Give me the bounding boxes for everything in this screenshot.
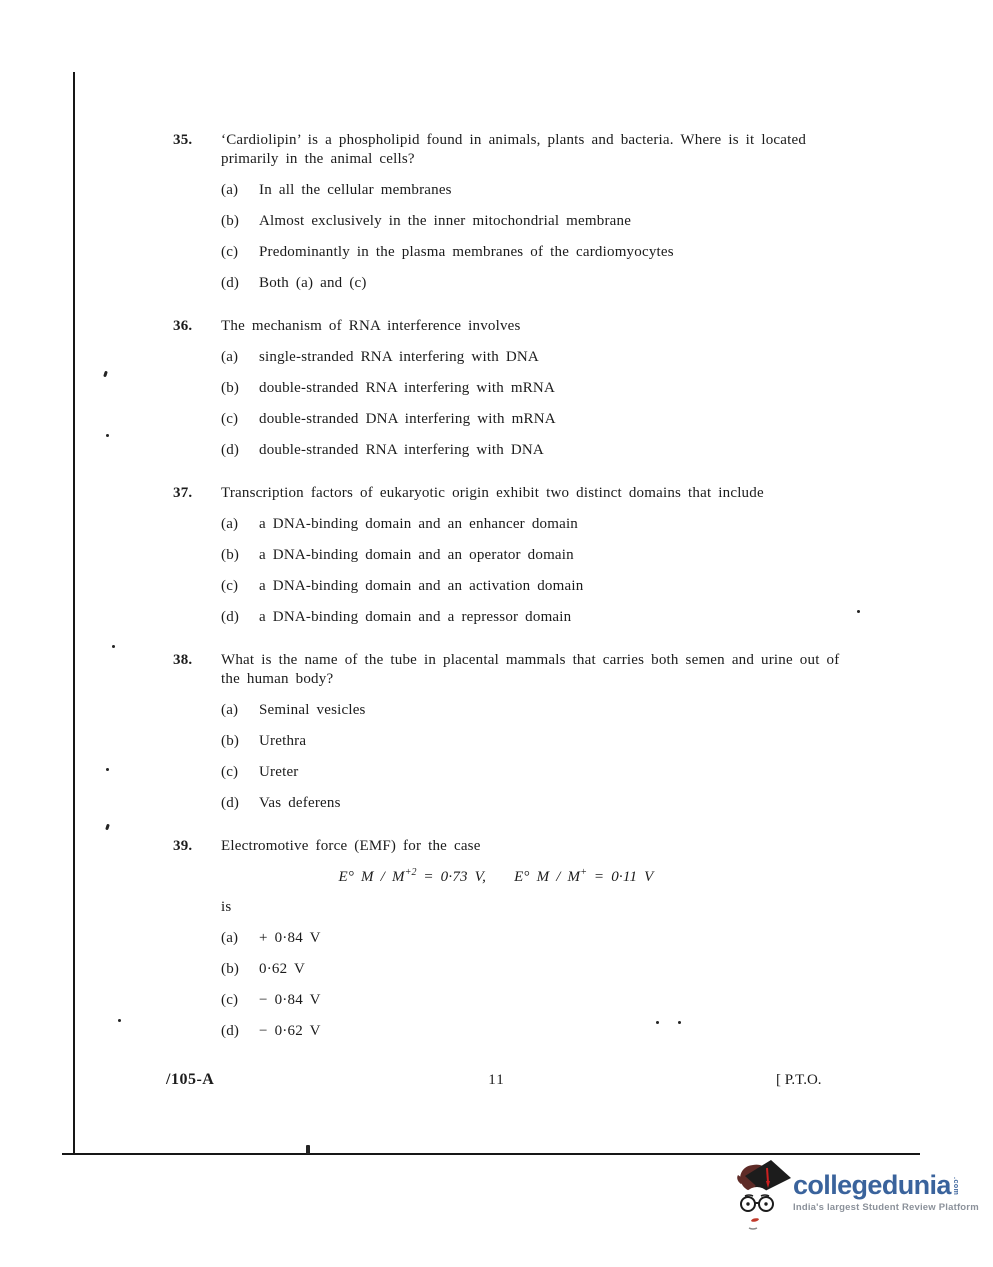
option-letter: (d): [221, 274, 259, 293]
option-text: Almost exclusively in the inner mitochon…: [259, 212, 851, 231]
option-text: Seminal vesicles: [259, 701, 851, 720]
question-36: 36. The mechanism of RNA interference in…: [173, 317, 851, 460]
option-letter: (b): [221, 546, 259, 565]
option-c: (c) Ureter: [221, 763, 851, 782]
option-letter: (c): [221, 577, 259, 596]
option-text: a DNA-binding domain and a repressor dom…: [259, 608, 851, 627]
question-number: 35.: [173, 131, 221, 169]
option-a: (a) In all the cellular membranes: [221, 181, 851, 200]
brand-tagline: India's largest Student Review Platform: [793, 1202, 979, 1213]
option-text: a DNA-binding domain and an operator dom…: [259, 546, 851, 565]
question-number: 38.: [173, 651, 221, 689]
scanned-exam-page: 35. ‘Cardiolipin’ is a phospholipid foun…: [0, 0, 993, 1267]
option-letter: (d): [221, 1022, 259, 1041]
option-a: (a) a DNA-binding domain and an enhancer…: [221, 515, 851, 534]
option-b: (b) double-stranded RNA interfering with…: [221, 379, 851, 398]
scan-speck: [857, 610, 860, 613]
option-c: (c) double-stranded DNA interfering with…: [221, 410, 851, 429]
question-number: 39.: [173, 837, 221, 856]
question-text: The mechanism of RNA interference involv…: [221, 317, 851, 336]
brand-suffix: .com: [952, 1177, 959, 1195]
option-d: (d) Both (a) and (c): [221, 274, 851, 293]
option-a: (a) + 0·84 V: [221, 929, 851, 948]
option-text: a DNA-binding domain and an activation d…: [259, 577, 851, 596]
emf-formula: E° M / M+2 = 0·73 V,E° M / M+ = 0·11 V: [221, 863, 771, 887]
scan-speck: [112, 645, 115, 648]
option-text: Vas deferens: [259, 794, 851, 813]
option-a: (a) single-stranded RNA interfering with…: [221, 348, 851, 367]
scan-speck: [106, 768, 109, 771]
option-letter: (d): [221, 794, 259, 813]
collegedunia-logo: collegedunia .com India's largest Studen…: [733, 1158, 969, 1250]
option-letter: (d): [221, 441, 259, 460]
option-text: Predominantly in the plasma membranes of…: [259, 243, 851, 262]
option-text: + 0·84 V: [259, 929, 851, 948]
option-letter: (b): [221, 960, 259, 979]
scan-speck: [306, 1145, 310, 1154]
question-text: ‘Cardiolipin’ is a phospholipid found in…: [221, 131, 851, 169]
option-text: − 0·84 V: [259, 991, 851, 1010]
scan-left-rule: [73, 72, 75, 1155]
option-text: In all the cellular membranes: [259, 181, 851, 200]
option-text: Ureter: [259, 763, 851, 782]
option-b: (b) Urethra: [221, 732, 851, 751]
option-letter: (a): [221, 181, 259, 200]
option-d: (d) a DNA-binding domain and a repressor…: [221, 608, 851, 627]
formula-segment: E° M / M+ = 0·11 V: [514, 869, 653, 885]
question-text: Transcription factors of eukaryotic orig…: [221, 484, 851, 503]
scan-speck: [118, 1019, 121, 1022]
brand-wordmark: collegedunia: [793, 1172, 951, 1198]
scan-speck: [106, 434, 109, 437]
question-list: 35. ‘Cardiolipin’ is a phospholipid foun…: [173, 131, 851, 1065]
option-text: single-stranded RNA interfering with DNA: [259, 348, 851, 367]
page-number: 11: [0, 1072, 993, 1089]
question-37: 37. Transcription factors of eukaryotic …: [173, 484, 851, 627]
option-letter: (a): [221, 701, 259, 720]
option-text: double-stranded RNA interfering with mRN…: [259, 379, 851, 398]
option-c: (c) a DNA-binding domain and an activati…: [221, 577, 851, 596]
option-letter: (a): [221, 929, 259, 948]
scan-speck: [105, 824, 110, 831]
pto-label: [ P.T.O.: [776, 1072, 822, 1089]
option-text: a DNA-binding domain and an enhancer dom…: [259, 515, 851, 534]
option-b: (b) 0·62 V: [221, 960, 851, 979]
option-c: (c) − 0·84 V: [221, 991, 851, 1010]
question-text: Electromotive force (EMF) for the case: [221, 837, 851, 856]
option-text: double-stranded DNA interfering with mRN…: [259, 410, 851, 429]
question-38: 38. What is the name of the tube in plac…: [173, 651, 851, 813]
option-text: − 0·62 V: [259, 1022, 851, 1041]
option-letter: (b): [221, 379, 259, 398]
option-b: (b) Almost exclusively in the inner mito…: [221, 212, 851, 231]
question-number: 37.: [173, 484, 221, 503]
option-text: double-stranded RNA interfering with DNA: [259, 441, 851, 460]
scan-speck: [103, 371, 108, 378]
option-letter: (d): [221, 608, 259, 627]
mascot-icon: [733, 1158, 793, 1242]
option-text: 0·62 V: [259, 960, 851, 979]
option-a: (a) Seminal vesicles: [221, 701, 851, 720]
option-letter: (c): [221, 991, 259, 1010]
option-letter: (b): [221, 212, 259, 231]
option-letter: (c): [221, 763, 259, 782]
option-letter: (b): [221, 732, 259, 751]
question-continuation: is: [221, 898, 851, 917]
option-letter: (a): [221, 348, 259, 367]
scan-bottom-rule: [62, 1153, 920, 1155]
logo-text-block: collegedunia .com India's largest Studen…: [793, 1158, 979, 1213]
question-number: 36.: [173, 317, 221, 336]
option-text: Both (a) and (c): [259, 274, 851, 293]
option-c: (c) Predominantly in the plasma membrane…: [221, 243, 851, 262]
option-d: (d) double-stranded RNA interfering with…: [221, 441, 851, 460]
option-b: (b) a DNA-binding domain and an operator…: [221, 546, 851, 565]
question-39: 39. Electromotive force (EMF) for the ca…: [173, 837, 851, 1041]
option-letter: (a): [221, 515, 259, 534]
formula-segment: E° M / M+2 = 0·73 V,: [339, 869, 487, 885]
question-35: 35. ‘Cardiolipin’ is a phospholipid foun…: [173, 131, 851, 293]
option-d: (d) − 0·62 V: [221, 1022, 851, 1041]
option-text: Urethra: [259, 732, 851, 751]
option-d: (d) Vas deferens: [221, 794, 851, 813]
question-text: What is the name of the tube in placenta…: [221, 651, 851, 689]
option-letter: (c): [221, 243, 259, 262]
option-letter: (c): [221, 410, 259, 429]
